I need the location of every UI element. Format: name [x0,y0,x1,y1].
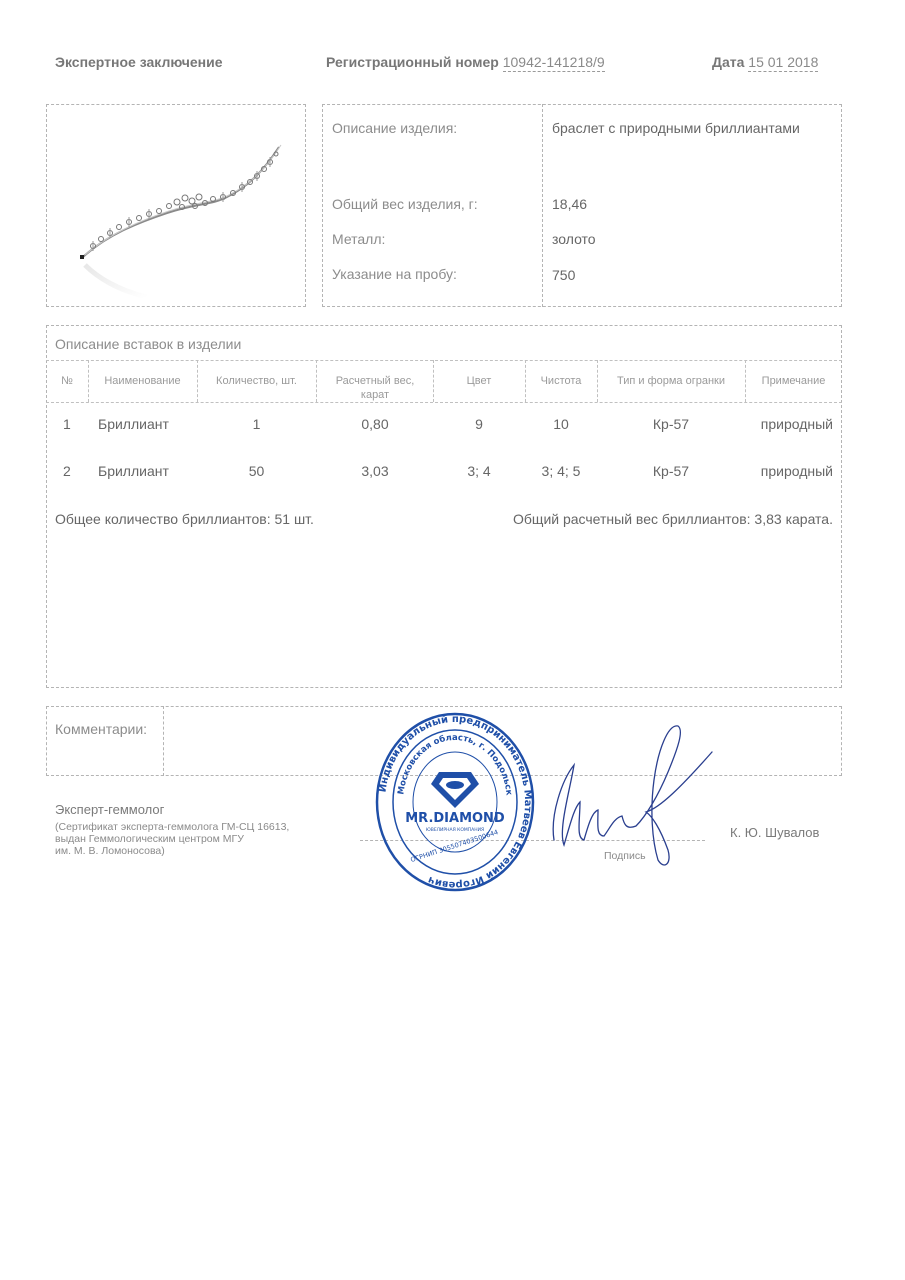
column-header-name: Наименование [88,374,197,388]
registration-label: Регистрационный номер [326,54,499,70]
total-weight-value: 18,46 [552,196,587,212]
table-header-bottom-line [46,402,842,403]
certificate-line: выдан Геммологическим центром МГУ [55,833,289,845]
cell-clarity: 10 [525,416,597,432]
comments-divider [163,706,164,776]
cell-name: Бриллиант [98,416,169,432]
cell-color: 9 [433,416,525,432]
expert-name: К. Ю. Шувалов [730,825,819,840]
cell-quantity: 1 [197,416,316,432]
description-label: Описание изделия: [332,120,457,136]
cell-clarity: 3; 4; 5 [525,463,597,479]
hallmark-value: 750 [552,267,575,283]
cell-name: Бриллиант [98,463,169,479]
diamond-logo-icon [431,772,479,808]
registration-number: Регистрационный номер 10942-141218/9 [326,54,605,70]
cell-number: 2 [63,463,71,479]
column-header-weight: Расчетный вес,карат [330,374,420,402]
hallmark-label: Указание на пробу: [332,266,457,282]
registration-value: 10942-141218/9 [503,54,605,72]
product-info-divider [542,104,543,307]
column-header-note: Примечание [745,374,842,388]
inserts-title: Описание вставок в изделии [55,336,241,352]
cell-quantity: 50 [197,463,316,479]
expert-certificate: (Сертификат эксперта-геммолога ГМ-СЦ 166… [55,821,289,857]
document-title: Экспертное заключение [55,54,223,70]
cell-cut: Кр-57 [597,416,745,432]
total-weight-label: Общий вес изделия, г: [332,196,478,212]
certificate-line: (Сертификат эксперта-геммолога ГМ-СЦ 166… [55,821,289,833]
column-header-quantity: Количество, шт. [197,374,316,388]
column-header-cut: Тип и форма огранки [597,374,745,388]
column-divider [316,360,317,402]
cell-weight: 3,03 [330,463,420,479]
handwritten-signature [540,720,730,870]
company-stamp: Индивидуальный предприниматель Матвеев Е… [375,712,535,892]
stamp-ogrnip: ОГРНИП 305507403500644 [410,828,500,864]
cell-number: 1 [63,416,71,432]
cell-cut: Кр-57 [597,463,745,479]
column-header-number: № [46,374,88,388]
cell-color: 3; 4 [433,463,525,479]
expert-title: Эксперт-геммолог [55,802,164,817]
cell-note: природный [745,463,833,479]
stamp-brand: MR.DIAMOND [405,811,505,826]
column-header-color: Цвет [433,374,525,388]
table-header-top-line [46,360,842,361]
comments-label: Комментарии: [55,721,147,737]
certificate-line: им. М. В. Ломоносова) [55,845,289,857]
cell-weight: 0,80 [330,416,420,432]
total-weight: Общий расчетный вес бриллиантов: 3,83 ка… [440,511,833,527]
bracelet-image [47,105,305,306]
total-count: Общее количество бриллиантов: 51 шт. [55,511,314,527]
metal-label: Металл: [332,231,385,247]
product-photo-box [46,104,306,307]
date-value: 15 01 2018 [748,54,818,72]
cell-note: природный [745,416,833,432]
description-value: браслет с природными бриллиантами [552,120,800,136]
stamp-brand-sub: ЮВЕЛИРНАЯ КОМПАНИЯ [426,827,484,833]
column-header-clarity: Чистота [525,374,597,388]
metal-value: золото [552,231,596,247]
date-label: Дата [712,54,744,70]
document-date: Дата 15 01 2018 [712,54,818,70]
